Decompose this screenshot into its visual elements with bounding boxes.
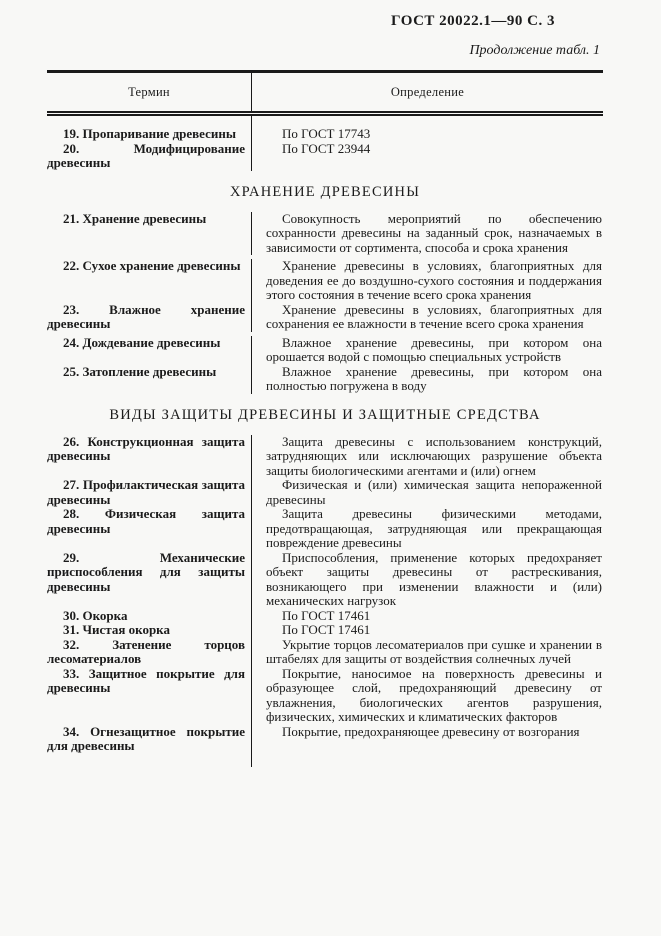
section-heading: ВИДЫ ЗАЩИТЫ ДРЕВЕСИНЫ И ЗАЩИТНЫЕ СРЕДСТВ…: [47, 407, 603, 424]
section-rows: 19. Пропаривание древесины По ГОСТ 17743…: [47, 116, 603, 171]
table-body: 19. Пропаривание древесины По ГОСТ 17743…: [47, 116, 603, 767]
term-cell: 27. Профилактическая защита древесины: [47, 478, 252, 507]
table-row: 33. Защитное покрытие для древесины Покр…: [47, 667, 603, 725]
term-cell: 29. Механические приспособления для защи…: [47, 551, 252, 609]
table-row: 29. Механические приспособления для защи…: [47, 551, 603, 609]
column-header-definition: Определение: [252, 73, 603, 111]
definition-cell: По ГОСТ 23944: [252, 142, 603, 171]
term-cell: 25. Затопление древесины: [47, 365, 252, 394]
term-cell: 23. Влажное хранение древесины: [47, 303, 252, 332]
table-continuation-note: Продолжение табл. 1: [0, 43, 661, 59]
term-cell: 32. Затенение торцов лесоматериалов: [47, 638, 252, 667]
definition-cell: Физическая и (или) химическая защита неп…: [252, 478, 603, 507]
table-section: 19. Пропаривание древесины По ГОСТ 17743…: [47, 116, 603, 171]
definition-cell: Защита древесины с использованием констр…: [252, 435, 603, 479]
term-cell: 20. Модифицирование древесины: [47, 142, 252, 171]
table-row: 28. Физическая защита древесины Защита д…: [47, 507, 603, 551]
definition-cell: Покрытие, предохраняющее древесину от во…: [252, 725, 603, 767]
table-row: 20. Модифицирование древесины По ГОСТ 23…: [47, 142, 603, 171]
terms-definitions-table: Термин Определение 19. Пропаривание древ…: [47, 70, 603, 767]
term-cell: 19. Пропаривание древесины: [47, 116, 252, 142]
section-heading: ХРАНЕНИЕ ДРЕВЕСИНЫ: [47, 184, 603, 201]
definition-cell: Влажное хранение древесины, при котором …: [252, 365, 603, 394]
table-row: 32. Затенение торцов лесоматериалов Укры…: [47, 638, 603, 667]
term-cell: 21. Хранение древесины: [47, 212, 252, 256]
section-rows: 26. Конструкционная защита древесины Защ…: [47, 435, 603, 767]
table-row: 26. Конструкционная защита древесины Защ…: [47, 435, 603, 479]
table-section: ВИДЫ ЗАЩИТЫ ДРЕВЕСИНЫ И ЗАЩИТНЫЕ СРЕДСТВ…: [47, 407, 603, 767]
term-cell: 28. Физическая защита древесины: [47, 507, 252, 551]
definition-cell: Совокупность мероприятий по обеспечению …: [252, 212, 603, 256]
term-cell: 33. Защитное покрытие для древесины: [47, 667, 252, 725]
table-row: 31. Чистая окорка По ГОСТ 17461: [47, 623, 603, 638]
term-cell: 26. Конструкционная защита древесины: [47, 435, 252, 479]
definition-cell: Влажное хранение древесины, при котором …: [252, 336, 603, 365]
definition-cell: Хранение древесины в условиях, благоприя…: [252, 259, 603, 303]
table-row: 24. Дождевание древесины Влажное хранени…: [47, 336, 603, 365]
column-header-term: Термин: [47, 73, 252, 111]
definition-cell: Защита древесины физическими методами, п…: [252, 507, 603, 551]
term-cell: 24. Дождевание древесины: [47, 336, 252, 365]
definition-cell: По ГОСТ 17461: [252, 609, 603, 624]
section-rows: 21. Хранение древесины Совокупность меро…: [47, 212, 603, 394]
document-page: ГОСТ 20022.1—90 С. 3 Продолжение табл. 1…: [0, 0, 661, 936]
term-cell: 22. Сухое хранение древесины: [47, 259, 252, 303]
table-row: 19. Пропаривание древесины По ГОСТ 17743: [47, 116, 603, 142]
table-row: 21. Хранение древесины Совокупность меро…: [47, 212, 603, 256]
definition-cell: Хранение древесины в условиях, благоприя…: [252, 303, 603, 332]
page-header: ГОСТ 20022.1—90 С. 3 Продолжение табл. 1: [0, 0, 661, 59]
definition-cell: По ГОСТ 17461: [252, 623, 603, 638]
term-cell: 30. Окорка: [47, 609, 252, 624]
table-row: 22. Сухое хранение древесины Хранение др…: [47, 259, 603, 303]
doc-reference: ГОСТ 20022.1—90 С. 3: [0, 13, 661, 30]
term-cell: 34. Огнезащитное покрытие для древесины: [47, 725, 252, 767]
table-header-row: Термин Определение: [47, 73, 603, 116]
table-section: ХРАНЕНИЕ ДРЕВЕСИНЫ 21. Хранение древесин…: [47, 184, 603, 394]
term-cell: 31. Чистая окорка: [47, 623, 252, 638]
definition-cell: Укрытие торцов лесоматериалов при сушке …: [252, 638, 603, 667]
table-row: 23. Влажное хранение древесины Хранение …: [47, 303, 603, 332]
table-row: 25. Затопление древесины Влажное хранени…: [47, 365, 603, 394]
table-row: 27. Профилактическая защита древесины Фи…: [47, 478, 603, 507]
definition-cell: Покрытие, наносимое на поверхность древе…: [252, 667, 603, 725]
table-row: 34. Огнезащитное покрытие для древесины …: [47, 725, 603, 767]
table-row: 30. Окорка По ГОСТ 17461: [47, 609, 603, 624]
definition-cell: По ГОСТ 17743: [252, 116, 603, 142]
definition-cell: Приспособления, применение которых предо…: [252, 551, 603, 609]
